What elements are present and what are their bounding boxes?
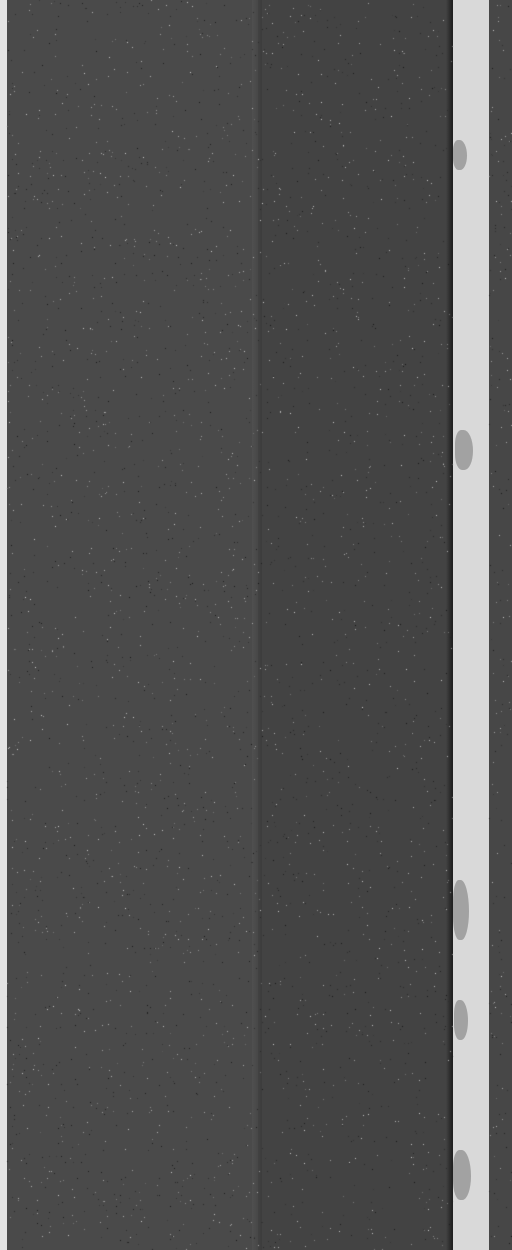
left-edge-marking	[0, 0, 7, 1250]
paint-wear	[454, 1000, 468, 1040]
asphalt-surface-far-right	[489, 0, 512, 1250]
asphalt-surface-right	[258, 0, 454, 1250]
paint-wear	[455, 430, 473, 470]
paint-wear	[453, 1150, 471, 1200]
asphalt-surface-left	[0, 0, 258, 1250]
road-pavement-image	[0, 0, 512, 1250]
paint-wear	[453, 140, 467, 170]
lane-stripe	[453, 0, 489, 1250]
pavement-seam	[252, 0, 262, 1250]
paint-wear	[453, 880, 469, 940]
